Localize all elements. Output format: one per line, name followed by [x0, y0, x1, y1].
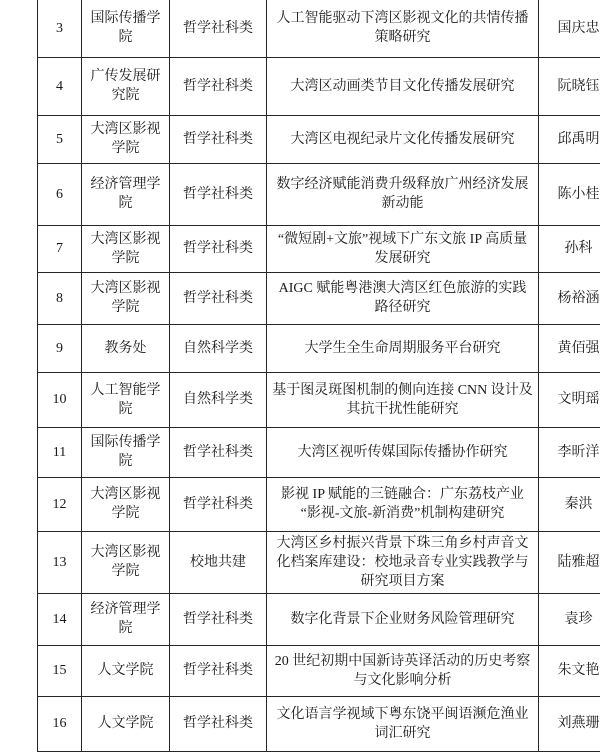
cell-college: 人文学院 [82, 696, 170, 751]
cell-person-name: 秦洪 [539, 477, 600, 531]
cell-project-title: AIGC 赋能粤港澳大湾区红色旅游的实践路径研究 [267, 272, 539, 324]
cell-category: 哲学社科类 [170, 115, 267, 163]
project-table-body: 3 国际传播学院 哲学社科类 人工智能驱动下湾区影视文化的共情传播策略研究 国庆… [38, 0, 600, 751]
cell-row-number: 6 [38, 163, 82, 225]
cell-college: 国际传播学院 [82, 427, 170, 477]
table-row: 14 经济管理学院 哲学社科类 数字化背景下企业财务风险管理研究 袁珍 [38, 593, 600, 645]
cell-category: 哲学社科类 [170, 0, 267, 57]
cell-row-number: 16 [38, 696, 82, 751]
cell-category: 哲学社科类 [170, 57, 267, 115]
cell-category: 哲学社科类 [170, 163, 267, 225]
table-row: 7 大湾区影视学院 哲学社科类 “微短剧+文旅”视域下广东文旅 IP 高质量发展… [38, 225, 600, 272]
cell-college: 人工智能学院 [82, 372, 170, 427]
table-row: 11 国际传播学院 哲学社科类 大湾区视听传媒国际传播协作研究 李昕洋 [38, 427, 600, 477]
cell-row-number: 8 [38, 272, 82, 324]
cell-row-number: 4 [38, 57, 82, 115]
table-row: 3 国际传播学院 哲学社科类 人工智能驱动下湾区影视文化的共情传播策略研究 国庆… [38, 0, 600, 57]
cell-row-number: 12 [38, 477, 82, 531]
project-list-table: 3 国际传播学院 哲学社科类 人工智能驱动下湾区影视文化的共情传播策略研究 国庆… [37, 0, 600, 752]
cell-row-number: 5 [38, 115, 82, 163]
cell-person-name: 阮晓钰 [539, 57, 600, 115]
cell-college: 广传发展研究院 [82, 57, 170, 115]
cell-project-title: 人工智能驱动下湾区影视文化的共情传播策略研究 [267, 0, 539, 57]
cell-row-number: 7 [38, 225, 82, 272]
cell-college: 人文学院 [82, 645, 170, 696]
table-row: 8 大湾区影视学院 哲学社科类 AIGC 赋能粤港澳大湾区红色旅游的实践路径研究… [38, 272, 600, 324]
cell-row-number: 11 [38, 427, 82, 477]
cell-person-name: 杨裕涵 [539, 272, 600, 324]
cell-category: 哲学社科类 [170, 272, 267, 324]
cell-project-title: 20 世纪初期中国新诗英译活动的历史考察与文化影响分析 [267, 645, 539, 696]
cell-project-title: 大湾区视听传媒国际传播协作研究 [267, 427, 539, 477]
cell-person-name: 国庆忠 [539, 0, 600, 57]
cell-person-name: 黄佰强 [539, 324, 600, 372]
cell-college: 教务处 [82, 324, 170, 372]
cell-person-name: 李昕洋 [539, 427, 600, 477]
cell-row-number: 9 [38, 324, 82, 372]
cell-row-number: 13 [38, 531, 82, 593]
cell-person-name: 孙科 [539, 225, 600, 272]
table-row: 13 大湾区影视学院 校地共建 大湾区乡村振兴背景下珠三角乡村声音文化档案库建设… [38, 531, 600, 593]
cell-college: 大湾区影视学院 [82, 225, 170, 272]
cell-category: 哲学社科类 [170, 225, 267, 272]
cell-category: 哲学社科类 [170, 477, 267, 531]
table-row: 16 人文学院 哲学社科类 文化语言学视域下粤东饶平闽语濒危渔业词汇研究 刘燕珊 [38, 696, 600, 751]
cell-row-number: 3 [38, 0, 82, 57]
cell-person-name: 刘燕珊 [539, 696, 600, 751]
cell-project-title: 影视 IP 赋能的三链融合：广东荔枝产业“影视-文旅-新消费”机制构建研究 [267, 477, 539, 531]
cell-project-title: 大学生全生命周期服务平台研究 [267, 324, 539, 372]
table-row: 12 大湾区影视学院 哲学社科类 影视 IP 赋能的三链融合：广东荔枝产业“影视… [38, 477, 600, 531]
cell-row-number: 14 [38, 593, 82, 645]
cell-category: 哲学社科类 [170, 645, 267, 696]
cell-project-title: 大湾区电视纪录片文化传播发展研究 [267, 115, 539, 163]
table-row: 6 经济管理学院 哲学社科类 数字经济赋能消费升级释放广州经济发展新动能 陈小桂 [38, 163, 600, 225]
cell-project-title: “微短剧+文旅”视域下广东文旅 IP 高质量发展研究 [267, 225, 539, 272]
cell-college: 经济管理学院 [82, 593, 170, 645]
cell-person-name: 文明瑶 [539, 372, 600, 427]
cell-category: 自然科学类 [170, 324, 267, 372]
cell-college: 大湾区影视学院 [82, 272, 170, 324]
cell-category: 哲学社科类 [170, 593, 267, 645]
cell-project-title: 大湾区乡村振兴背景下珠三角乡村声音文化档案库建设：校地录音专业实践教学与研究项目… [267, 531, 539, 593]
cell-person-name: 陆雅超 [539, 531, 600, 593]
cell-college: 大湾区影视学院 [82, 115, 170, 163]
cell-category: 自然科学类 [170, 372, 267, 427]
cell-person-name: 陈小桂 [539, 163, 600, 225]
cell-person-name: 朱文艳 [539, 645, 600, 696]
cell-college: 大湾区影视学院 [82, 477, 170, 531]
cell-project-title: 文化语言学视域下粤东饶平闽语濒危渔业词汇研究 [267, 696, 539, 751]
cell-project-title: 数字化背景下企业财务风险管理研究 [267, 593, 539, 645]
table-row: 15 人文学院 哲学社科类 20 世纪初期中国新诗英译活动的历史考察与文化影响分… [38, 645, 600, 696]
document-page: 3 国际传播学院 哲学社科类 人工智能驱动下湾区影视文化的共情传播策略研究 国庆… [0, 0, 600, 756]
cell-category: 校地共建 [170, 531, 267, 593]
cell-project-title: 大湾区动画类节目文化传播发展研究 [267, 57, 539, 115]
table-row: 9 教务处 自然科学类 大学生全生命周期服务平台研究 黄佰强 [38, 324, 600, 372]
cell-row-number: 15 [38, 645, 82, 696]
cell-category: 哲学社科类 [170, 696, 267, 751]
cell-row-number: 10 [38, 372, 82, 427]
cell-project-title: 基于图灵斑图机制的侧向连接 CNN 设计及其抗干扰性能研究 [267, 372, 539, 427]
table-row: 10 人工智能学院 自然科学类 基于图灵斑图机制的侧向连接 CNN 设计及其抗干… [38, 372, 600, 427]
cell-college: 国际传播学院 [82, 0, 170, 57]
cell-college: 大湾区影视学院 [82, 531, 170, 593]
cell-project-title: 数字经济赋能消费升级释放广州经济发展新动能 [267, 163, 539, 225]
cell-person-name: 邱禹明 [539, 115, 600, 163]
cell-person-name: 袁珍 [539, 593, 600, 645]
table-row: 5 大湾区影视学院 哲学社科类 大湾区电视纪录片文化传播发展研究 邱禹明 [38, 115, 600, 163]
cell-category: 哲学社科类 [170, 427, 267, 477]
cell-college: 经济管理学院 [82, 163, 170, 225]
table-row: 4 广传发展研究院 哲学社科类 大湾区动画类节目文化传播发展研究 阮晓钰 [38, 57, 600, 115]
